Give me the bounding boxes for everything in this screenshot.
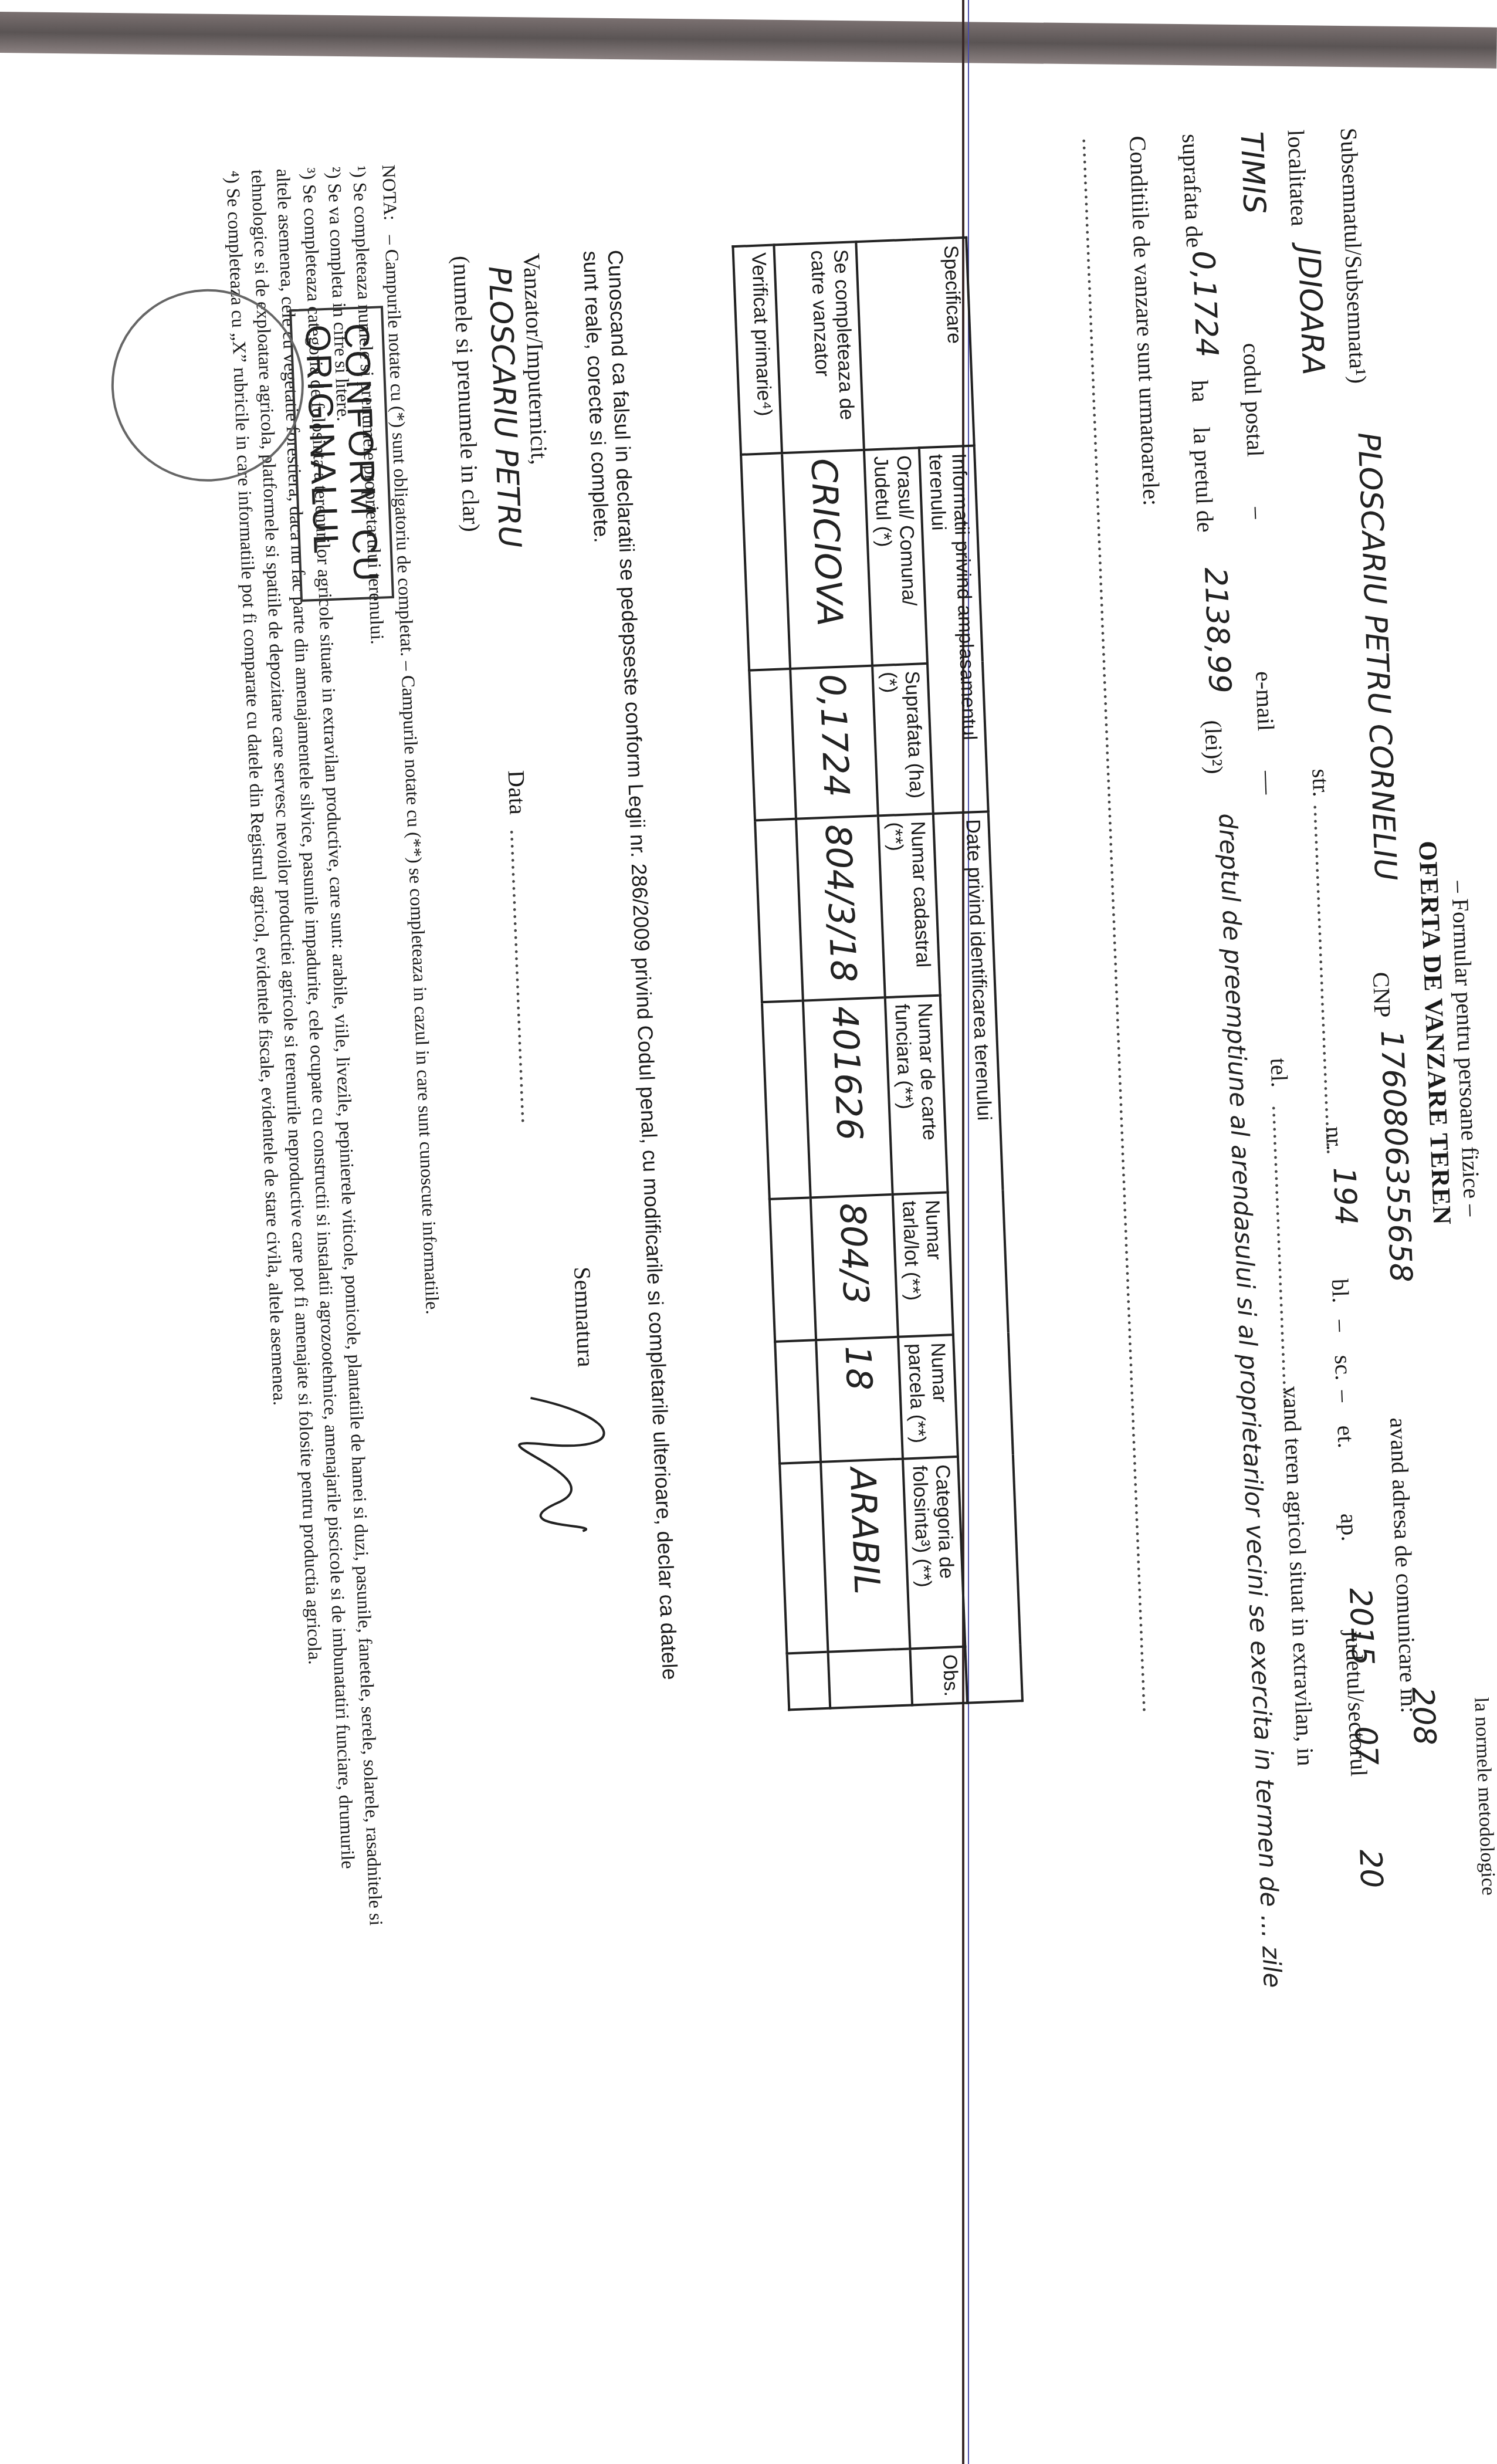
signatory-name-hint: (numele si prenumele in clar) [448,255,486,532]
date-label: Data [502,770,531,815]
area-value: 0,1724 [1185,250,1224,358]
rotated-form-page: ANEXA Nr. 1B la normele metodologice 208… [177,88,1497,2013]
registration-day: 20 [1352,1849,1388,1888]
price-label: la pretul de [1188,427,1220,533]
block-value: – [1327,1319,1356,1332]
street-label: str. [1306,769,1335,798]
cell-use-category: ARABIL [821,1459,910,1652]
signature-scribble-icon [507,1382,653,1539]
undersigned-value: PLOSCARIU PETRU CORNELIU [1350,432,1403,882]
postal-code-label: codul postal [1237,343,1269,458]
row-label: Se completeaza de catre vanzator [774,242,864,453]
email-value: — [1254,770,1282,795]
undersigned-label: Subsemnatul/Subsemnata¹) [1335,127,1372,384]
postal-code-value: – [1244,506,1272,519]
phone-dots: ........................................… [1266,1105,1306,1408]
signature-label: Semnatura [568,1266,600,1368]
address-label: avand adresa de comunicare in: [1384,1417,1423,1714]
cell-area: 0,1724 [790,665,878,819]
street-dots: ........................................… [1308,803,1349,1156]
number-label: nr. [1320,1126,1349,1151]
locality-label: localitatea [1282,129,1313,226]
row-label: Verificat primarie⁴) [733,245,782,455]
col-plot-lot: Numar tarla/lot (**) [893,1192,953,1337]
area-unit: ha [1186,380,1214,403]
staircase-value: – [1330,1390,1359,1403]
col-area: Suprafata (ha) (*) [872,664,933,816]
col-parcel: Numar parcela (**) [898,1335,958,1459]
scan-edge-shadow [0,12,1497,69]
col-specification: Specificare [856,238,974,450]
cell-city: CRICIOVA [782,450,872,669]
cell-cadastral: 804/3/18 [796,816,885,1001]
cnp-label: CNP [1367,972,1397,1018]
number-value: 194 [1326,1166,1363,1226]
conditions-label: Conditiile de vanzare sunt urmatoarele: [1124,136,1166,506]
cell-plot-lot: 804/3 [811,1194,898,1340]
col-land-book: Numar de carte funciara (**) [885,996,948,1194]
apartment-label: ap. [1335,1513,1364,1542]
floor-label: et. [1332,1425,1360,1449]
cell-parcel: 18 [816,1337,903,1462]
cnp-value: 1760806355658 [1374,1030,1418,1283]
locality-value: JDIOARA [1291,246,1330,375]
block-label: bl. [1326,1278,1355,1304]
col-observations: Obs. [910,1647,967,1705]
land-identification-table: Specificare Informatii privind amplasame… [731,236,1024,1711]
price-unit: (lei)²) [1199,719,1228,774]
col-city: Orasul/ Comuna/ Judetul (*) [864,448,927,665]
cell-land-book: 401626 [803,997,893,1197]
signatory-label: Vanzator/Imputernicit, [518,252,554,465]
col-use-category: Categoria de folosinta³) (**) [903,1457,965,1649]
conditions-value-line1: dreptul de preemptiune al arendasului si… [1213,813,1287,1989]
county-value: TIMIS [1234,131,1272,215]
cell-observations [828,1649,913,1708]
email-label: e-mail [1250,671,1280,732]
county-label: judetul/sectorul [1340,1630,1373,1776]
phone-label: tel. [1265,1058,1293,1088]
staircase-label: sc. [1329,1355,1358,1381]
annex-label: ANEXA Nr. 1B la normele metodologice [1469,1696,1497,1896]
col-cadastral: Numar cadastral (**) [878,814,940,997]
sell-text: vand teren agricol situat in extravilan,… [1278,1386,1320,1766]
date-dots: ........................................… [504,828,543,1125]
area-label: suprafata de [1177,133,1208,248]
notes-title: NOTA: [375,164,403,221]
certified-copy-stamp: CONFORM CU ORIGINALUL [289,306,394,602]
price-value: 2138,99 [1197,567,1237,694]
